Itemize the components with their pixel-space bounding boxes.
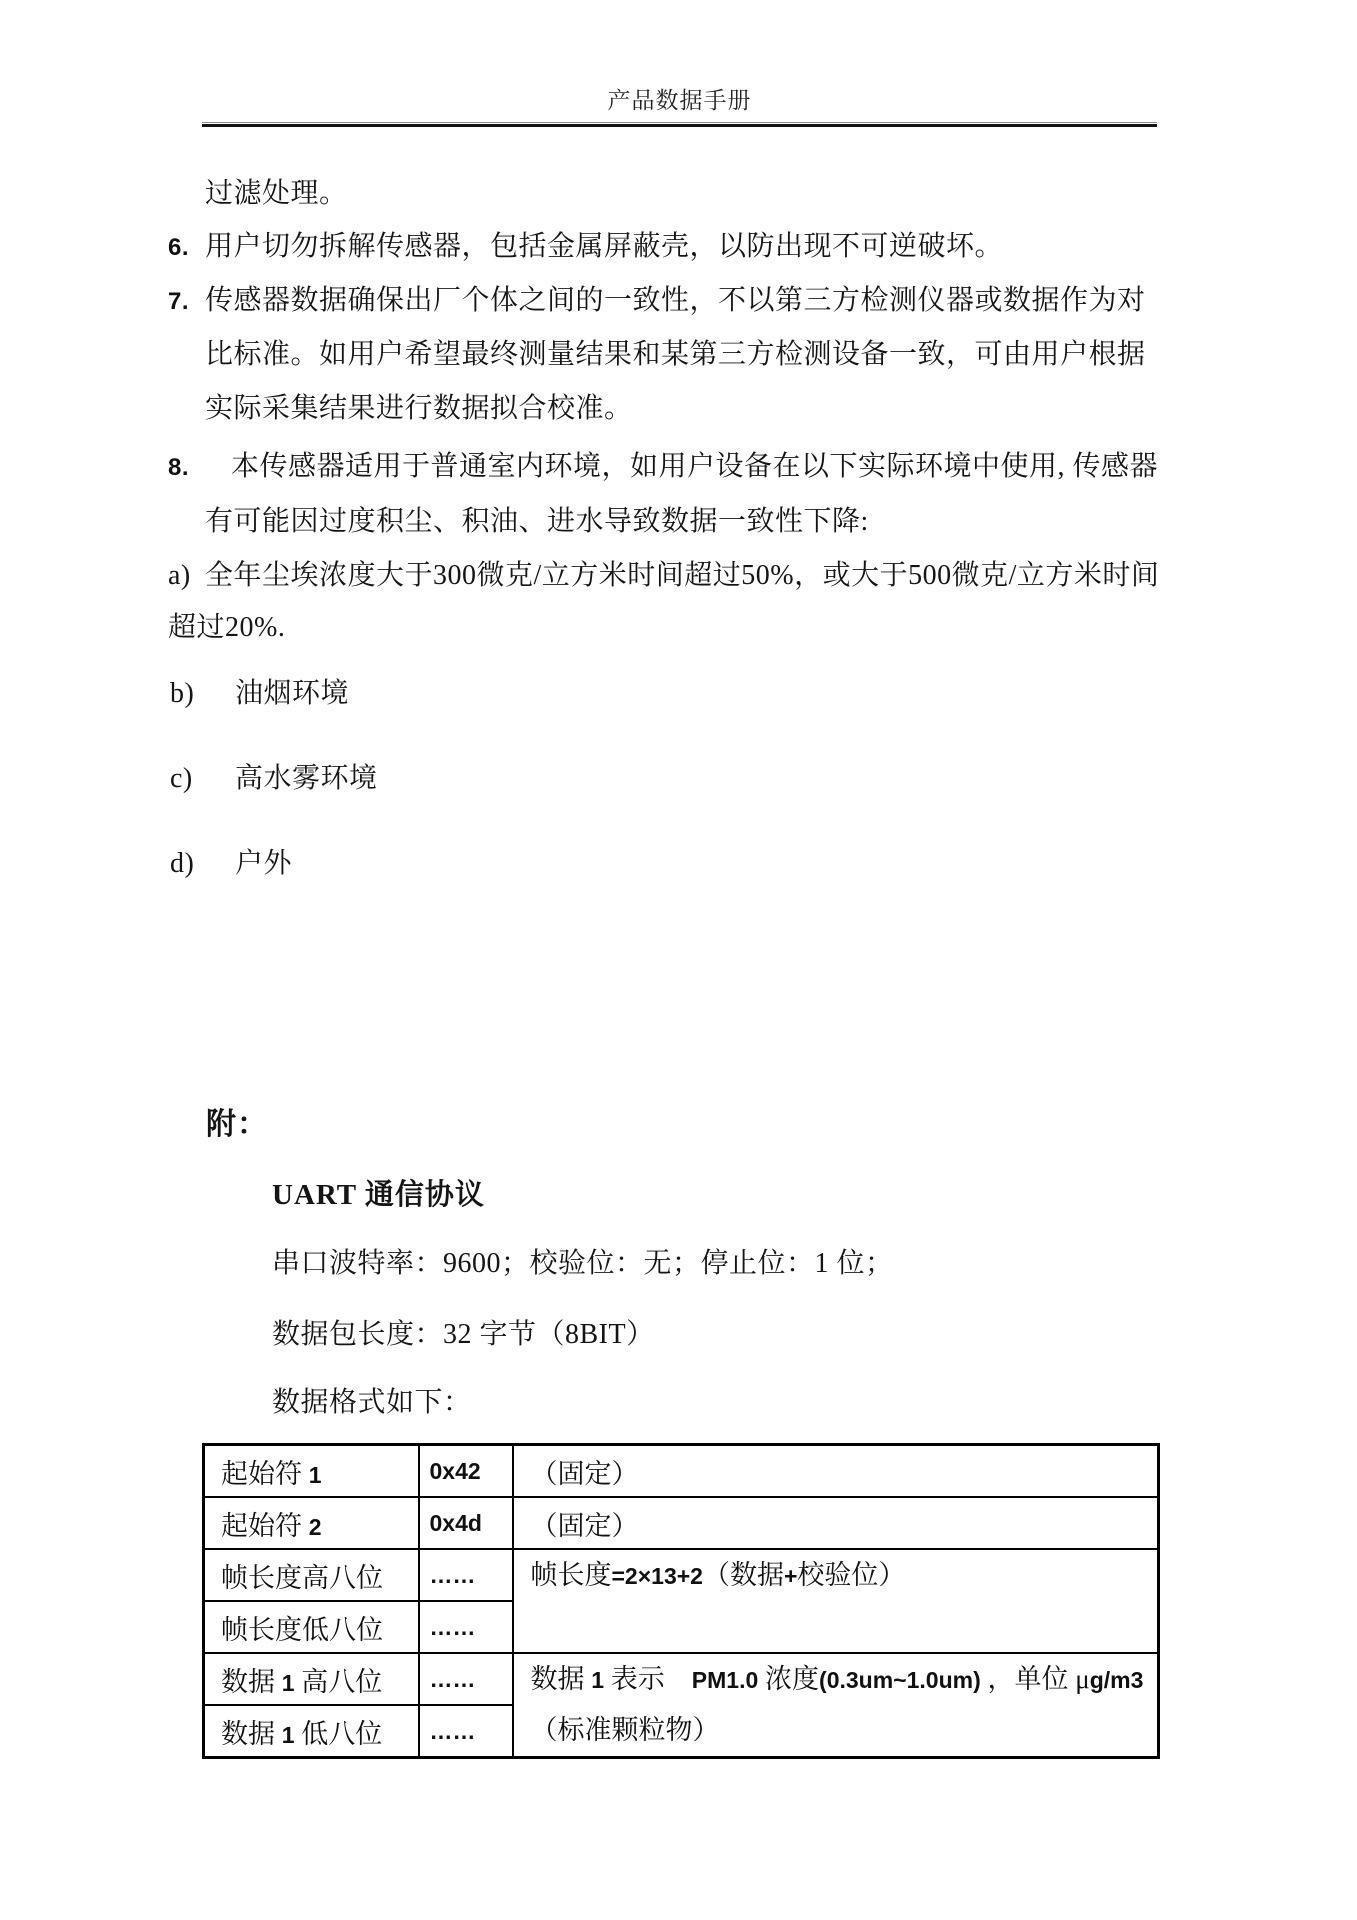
item-b-marker: b) (170, 678, 194, 710)
cell-field: 数据 1 高八位 (204, 1653, 419, 1705)
item-a-line-2: 超过20%. (168, 612, 285, 644)
table-row-data1-high: 数据 1 高八位 …… 数据 1 表示 PM1.0 浓度(0.3um~1.0um… (204, 1653, 1159, 1705)
data1-desc-line-1: 数据 1 表示 PM1.0 浓度(0.3um~1.0um) ，单位 μg/m3 (531, 1654, 1154, 1705)
item-c-marker: c) (170, 763, 193, 795)
item-6-marker: 6. (168, 234, 189, 262)
item-b-text: 油烟环境 (235, 678, 349, 710)
cell-value: 0x42 (419, 1445, 513, 1498)
document-page: 产品数据手册 过滤处理。 6. 用户切勿拆解传感器，包括金属屏蔽壳，以防出现不可… (0, 0, 1357, 1920)
field-number: 2 (309, 1514, 322, 1540)
cell-value: …… (419, 1601, 513, 1653)
cell-field: 帧长度低八位 (204, 1601, 419, 1653)
framelen-formula: 帧长度=2×13+2（数据+校验位） (531, 1550, 1154, 1601)
item-8-line-2: 有可能因过度积尘、积油、进水导致数据一致性下降: (205, 506, 869, 538)
cell-value: …… (419, 1653, 513, 1705)
item-8-line-1: 本传感器适用于普通室内环境，如用户设备在以下实际环境中使用, 传感器 (231, 451, 1158, 483)
item-8-marker: 8. (168, 454, 189, 482)
cell-desc-framelen: 帧长度=2×13+2（数据+校验位） (513, 1549, 1159, 1653)
item-7-line-3: 实际采集结果进行数据拟合校准。 (205, 393, 633, 425)
item-c-text: 高水雾环境 (235, 763, 378, 795)
item-7-marker: 7. (168, 288, 189, 316)
item-7-line-1: 传感器数据确保出厂个体之间的一致性，不以第三方检测仪器或数据作为对 (205, 285, 1146, 317)
cell-field: 帧长度高八位 (204, 1549, 419, 1601)
cell-field: 起始符 1 (204, 1445, 419, 1498)
header-rule (202, 122, 1157, 127)
table-row-start2: 起始符 2 0x4d （固定） (204, 1497, 1159, 1549)
uart-packet-length-line: 数据包长度：32 字节（8BIT） (272, 1319, 655, 1351)
field-text: 起始符 (221, 1459, 309, 1489)
cell-value: 0x4d (419, 1497, 513, 1549)
field-text: 起始符 (221, 1511, 309, 1541)
page-header-title: 产品数据手册 (202, 82, 1157, 115)
filter-continuation-line: 过滤处理。 (205, 178, 348, 210)
item-d-text: 户外 (235, 848, 292, 880)
field-number: 1 (309, 1462, 322, 1488)
table-row-start1: 起始符 1 0x42 （固定） (204, 1445, 1159, 1498)
uart-protocol-heading: UART 通信协议 (272, 1179, 485, 1212)
cell-desc-data1: 数据 1 表示 PM1.0 浓度(0.3um~1.0um) ，单位 μg/m3 … (513, 1653, 1159, 1758)
cell-value: …… (419, 1705, 513, 1758)
appendix-label: 附： (206, 1108, 268, 1143)
item-d-marker: d) (170, 848, 194, 880)
uart-data-format-line: 数据格式如下： (272, 1387, 472, 1419)
cell-value: …… (419, 1549, 513, 1601)
item-7-line-2: 比标准。如用户希望最终测量结果和某第三方检测设备一致，可由用户根据 (205, 339, 1146, 371)
uart-data-format-table: 起始符 1 0x42 （固定） 起始符 2 0x4d （固定） 帧长度高八位 …… (202, 1443, 1160, 1759)
cell-desc: （固定） (513, 1497, 1159, 1549)
cell-desc: （固定） (513, 1445, 1159, 1498)
data1-desc-line-2: （标准颗粒物） (531, 1705, 1154, 1755)
cell-field: 起始符 2 (204, 1497, 419, 1549)
table-row-framelen-high: 帧长度高八位 …… 帧长度=2×13+2（数据+校验位） (204, 1549, 1159, 1601)
item-a-line-1: 全年尘埃浓度大于300微克/立方米时间超过50%，或大于500微克/立方米时间 (205, 560, 1159, 592)
uart-baud-line: 串口波特率：9600；校验位：无；停止位：1 位； (272, 1248, 894, 1280)
item-a-marker: a) (168, 560, 191, 592)
cell-field: 数据 1 低八位 (204, 1705, 419, 1758)
item-6-text: 用户切勿拆解传感器，包括金属屏蔽壳，以防出现不可逆破坏。 (205, 231, 1003, 263)
